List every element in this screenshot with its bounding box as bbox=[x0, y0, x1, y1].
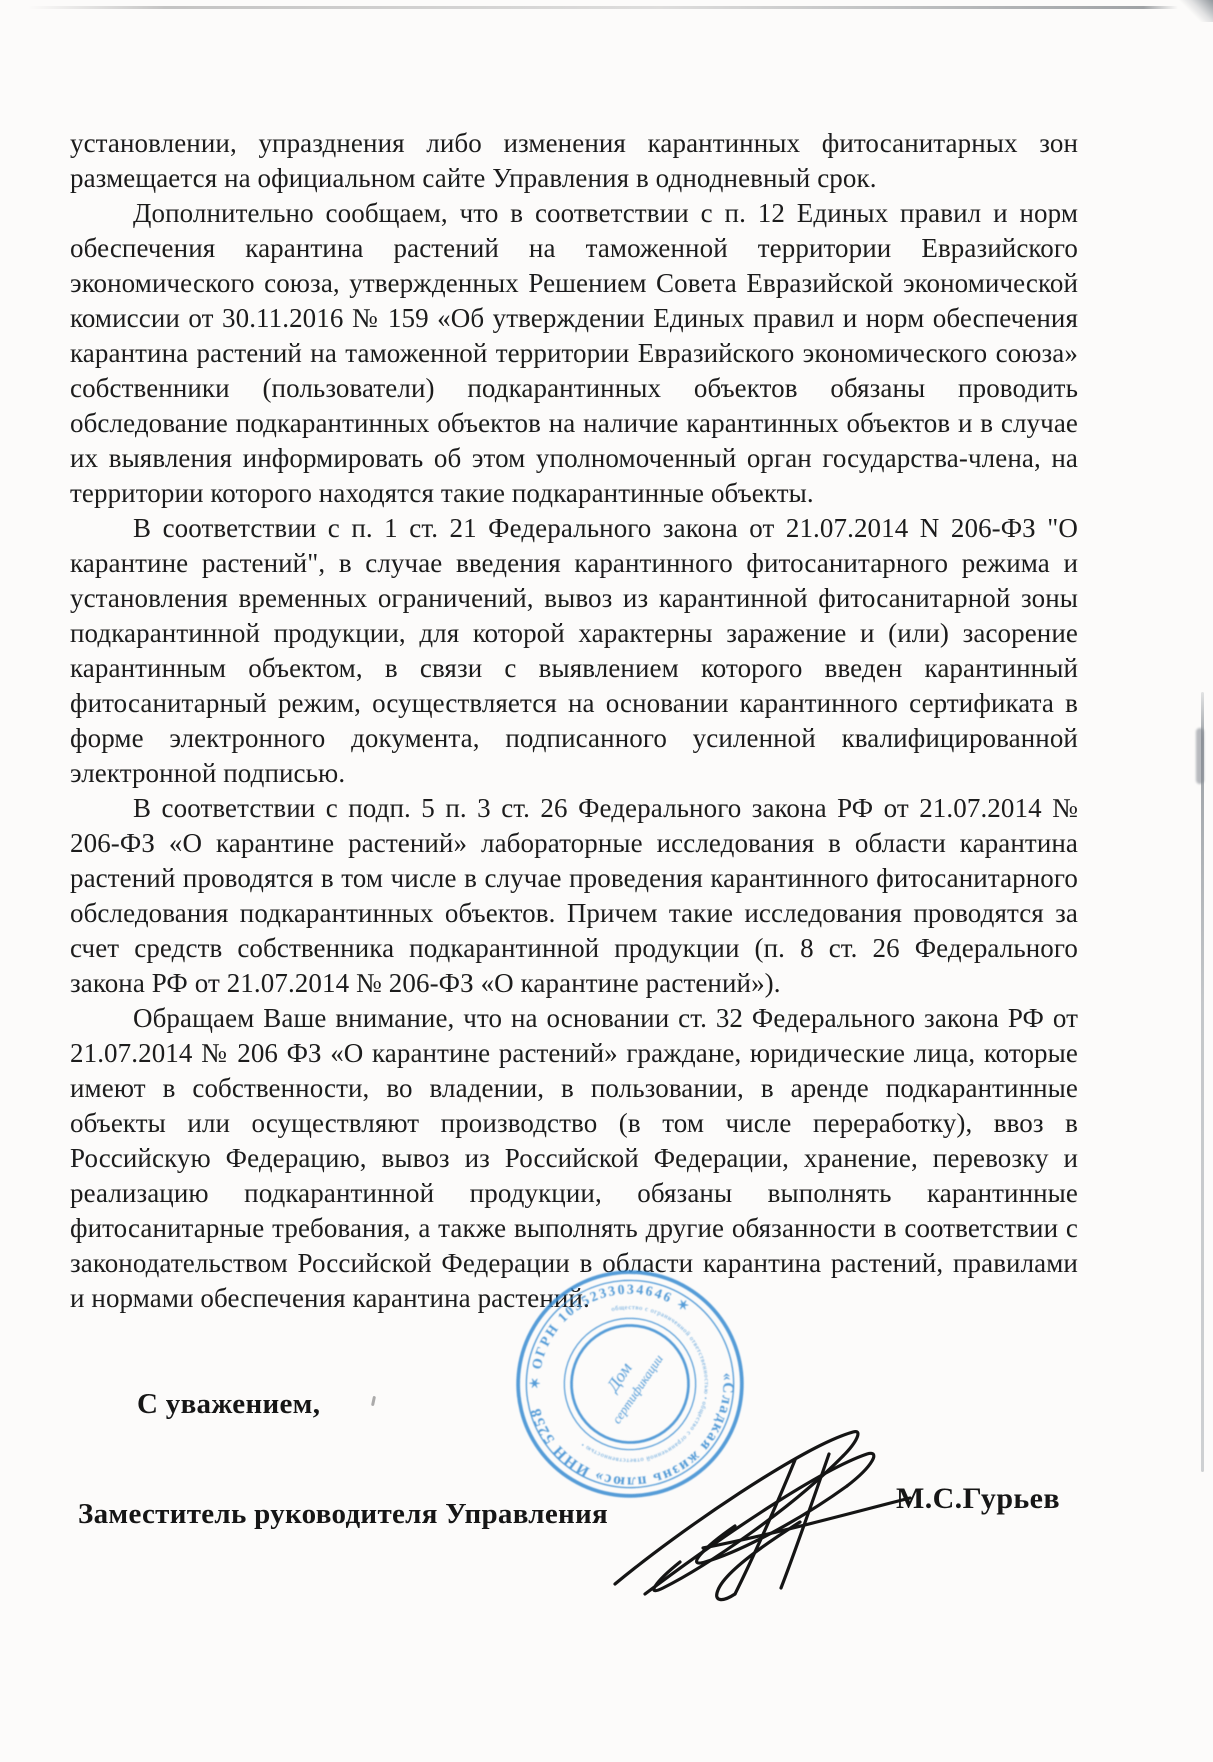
stamp-inner-ring bbox=[559, 1313, 701, 1455]
paragraph: Обращаем Ваше внимание, что на основании… bbox=[70, 1001, 1078, 1316]
svg-text:Дом: Дом bbox=[601, 1358, 636, 1396]
signer-title: Заместитель руководителя Управления bbox=[78, 1498, 608, 1531]
scan-edge-artifact-top bbox=[28, 6, 1178, 9]
paragraph-continuation: установлении, упразднения либо изменения… bbox=[70, 126, 1078, 196]
signer-name: М.С.Гурьев bbox=[896, 1482, 1060, 1516]
stamp-ring-3 bbox=[550, 1304, 709, 1463]
paragraph: В соответствии с п. 1 ст. 21 Федеральног… bbox=[70, 511, 1078, 791]
scan-corner-artifact bbox=[1179, 0, 1213, 22]
stamp-org-name-text: «Сладкая жизнь плюс» ИНН 5258 bbox=[527, 1358, 759, 1513]
closing-salutation: С уважением, bbox=[137, 1388, 320, 1421]
paragraph: В соответствии с подп. 5 п. 3 ст. 26 Фед… bbox=[70, 791, 1078, 1001]
paragraph: Дополнительно сообщаем, что в соответств… bbox=[70, 196, 1078, 511]
scan-edge-artifact-right bbox=[1201, 692, 1204, 1472]
scan-speck bbox=[371, 1396, 376, 1406]
stamp-center-text: Дом сертификации bbox=[588, 1338, 665, 1426]
scan-smudge bbox=[1196, 728, 1204, 784]
letter-body: установлении, упразднения либо изменения… bbox=[70, 126, 1078, 1316]
scanned-letter-page: установлении, упразднения либо изменения… bbox=[0, 0, 1213, 1762]
signature-scrawl bbox=[585, 1402, 927, 1614]
svg-text:сертификации: сертификации bbox=[610, 1352, 666, 1426]
